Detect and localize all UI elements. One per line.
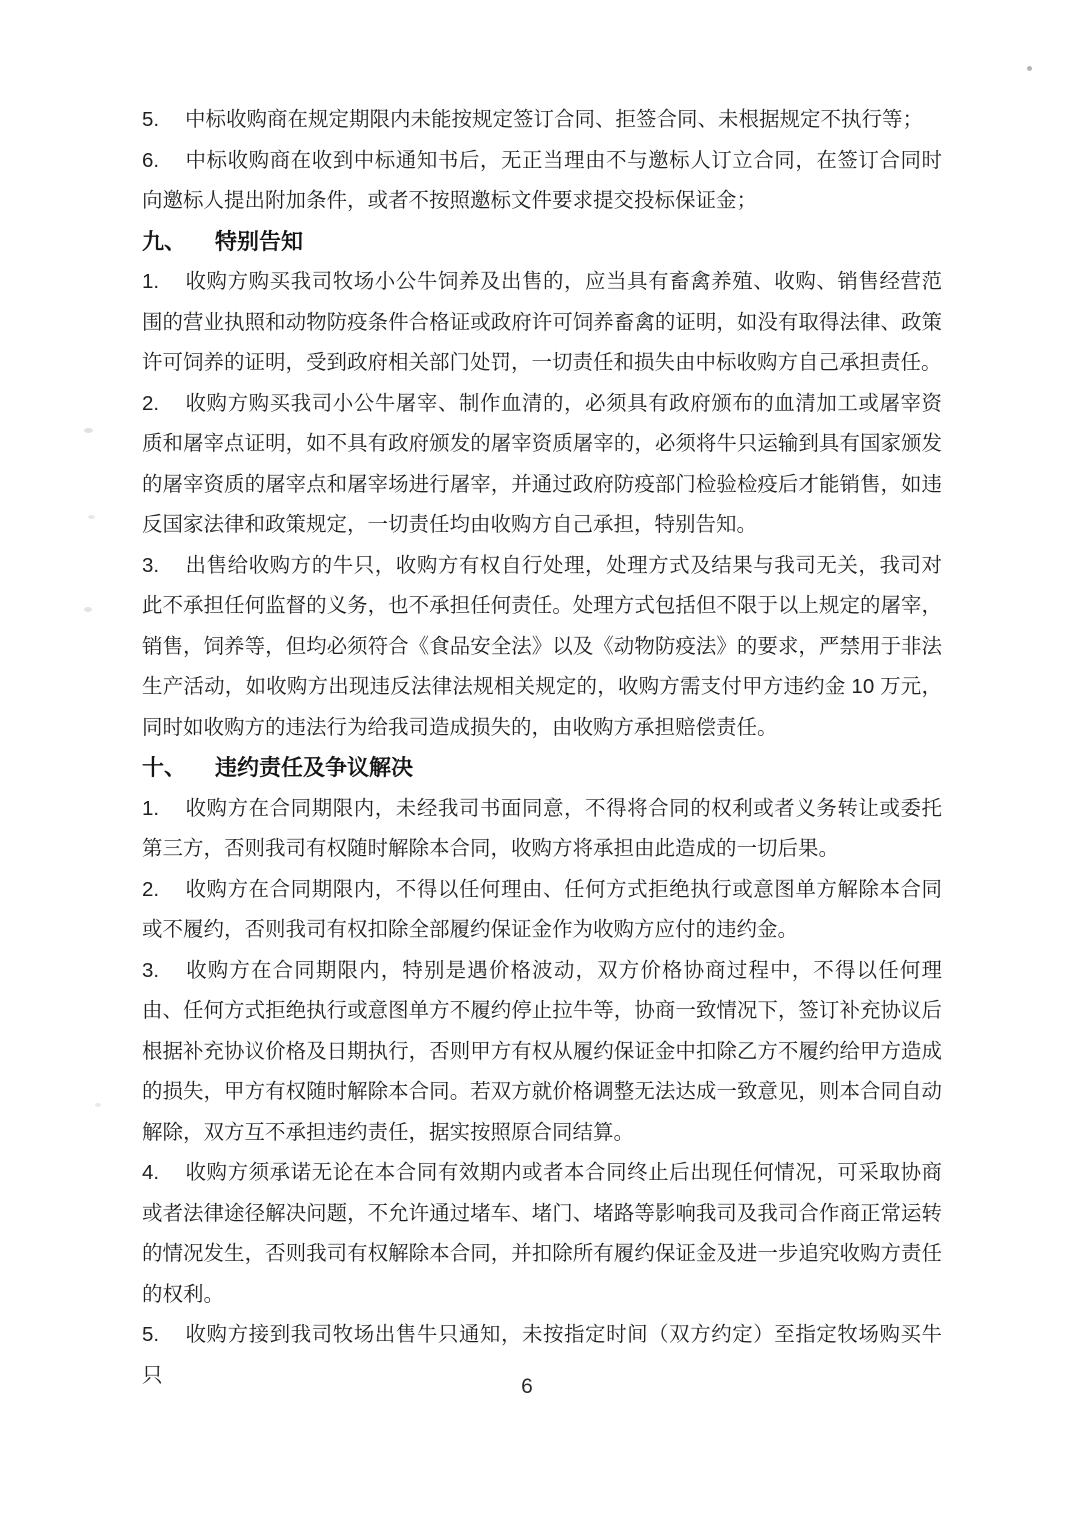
item-number: 4. bbox=[142, 1153, 185, 1194]
section-number: 十、 bbox=[142, 748, 215, 789]
list-item: 5.中标收购商在规定期限内未能按规定签订合同、拒签合同、未根据规定不执行等； bbox=[142, 100, 942, 141]
item-text: 收购方在合同期限内，特别是遇价格波动，双方价格协商过程中，不得以任何理由、任何方… bbox=[142, 959, 942, 1144]
item-text: 出售给收购方的牛只，收购方有权自行处理，处理方式及结果与我司无关，我司对此不承担… bbox=[142, 554, 942, 739]
item-number: 1. bbox=[142, 789, 185, 830]
section-heading: 十、违约责任及争议解决 bbox=[142, 748, 942, 789]
item-text: 收购方购买我司牧场小公牛饲养及出售的，应当具有畜禽养殖、收购、销售经营范围的营业… bbox=[142, 270, 942, 374]
item-text: 中标收购商在收到中标通知书后，无正当理由不与邀标人订立合同，在签订合同时向邀标人… bbox=[142, 149, 942, 213]
document-body: 5.中标收购商在规定期限内未能按规定签订合同、拒签合同、未根据规定不执行等； 6… bbox=[142, 100, 942, 1396]
scan-speck bbox=[1027, 66, 1032, 71]
item-number: 5. bbox=[142, 100, 185, 141]
list-item: 6.中标收购商在收到中标通知书后，无正当理由不与邀标人订立合同，在签订合同时向邀… bbox=[142, 141, 942, 222]
section-title: 特别告知 bbox=[215, 229, 303, 254]
item-number: 3. bbox=[142, 546, 185, 587]
list-item: 1.收购方购买我司牧场小公牛饲养及出售的，应当具有畜禽养殖、收购、销售经营范围的… bbox=[142, 262, 942, 384]
item-text: 收购方在合同期限内，不得以任何理由、任何方式拒绝执行或意图单方解除本合同或不履约… bbox=[142, 878, 942, 942]
scan-speck bbox=[95, 1103, 101, 1107]
item-number: 1. bbox=[142, 262, 185, 303]
page-number: 6 bbox=[142, 1372, 912, 1402]
scan-speck bbox=[84, 428, 93, 433]
section-number: 九、 bbox=[142, 222, 215, 263]
section-title: 违约责任及争议解决 bbox=[215, 755, 413, 780]
scan-speck bbox=[88, 515, 95, 519]
item-number: 6. bbox=[142, 141, 185, 182]
item-text: 收购方在合同期限内，未经我司书面同意，不得将合同的权利或者义务转让或委托第三方，… bbox=[142, 797, 942, 861]
document-page: 5.中标收购商在规定期限内未能按规定签订合同、拒签合同、未根据规定不执行等； 6… bbox=[0, 0, 1080, 1528]
scan-speck bbox=[84, 607, 92, 612]
list-item: 4.收购方须承诺无论在本合同有效期内或者本合同终止后出现任何情况，可采取协商或者… bbox=[142, 1153, 942, 1315]
list-item: 1.收购方在合同期限内，未经我司书面同意，不得将合同的权利或者义务转让或委托第三… bbox=[142, 789, 942, 870]
item-text: 收购方须承诺无论在本合同有效期内或者本合同终止后出现任何情况，可采取协商或者法律… bbox=[142, 1161, 942, 1306]
list-item: 2.收购方在合同期限内，不得以任何理由、任何方式拒绝执行或意图单方解除本合同或不… bbox=[142, 870, 942, 951]
list-item: 3.出售给收购方的牛只，收购方有权自行处理，处理方式及结果与我司无关，我司对此不… bbox=[142, 546, 942, 749]
item-number: 2. bbox=[142, 384, 185, 425]
list-item: 2.收购方购买我司小公牛屠宰、制作血清的，必须具有政府颁布的血清加工或屠宰资质和… bbox=[142, 384, 942, 546]
item-number: 3. bbox=[142, 951, 185, 992]
item-number: 5. bbox=[142, 1315, 185, 1356]
item-text: 中标收购商在规定期限内未能按规定签订合同、拒签合同、未根据规定不执行等； bbox=[185, 108, 923, 131]
section-heading: 九、特别告知 bbox=[142, 222, 942, 263]
item-number: 2. bbox=[142, 870, 185, 911]
item-text: 收购方购买我司小公牛屠宰、制作血清的，必须具有政府颁布的血清加工或屠宰资质和屠宰… bbox=[142, 392, 942, 537]
list-item: 3.收购方在合同期限内，特别是遇价格波动，双方价格协商过程中，不得以任何理由、任… bbox=[142, 951, 942, 1154]
